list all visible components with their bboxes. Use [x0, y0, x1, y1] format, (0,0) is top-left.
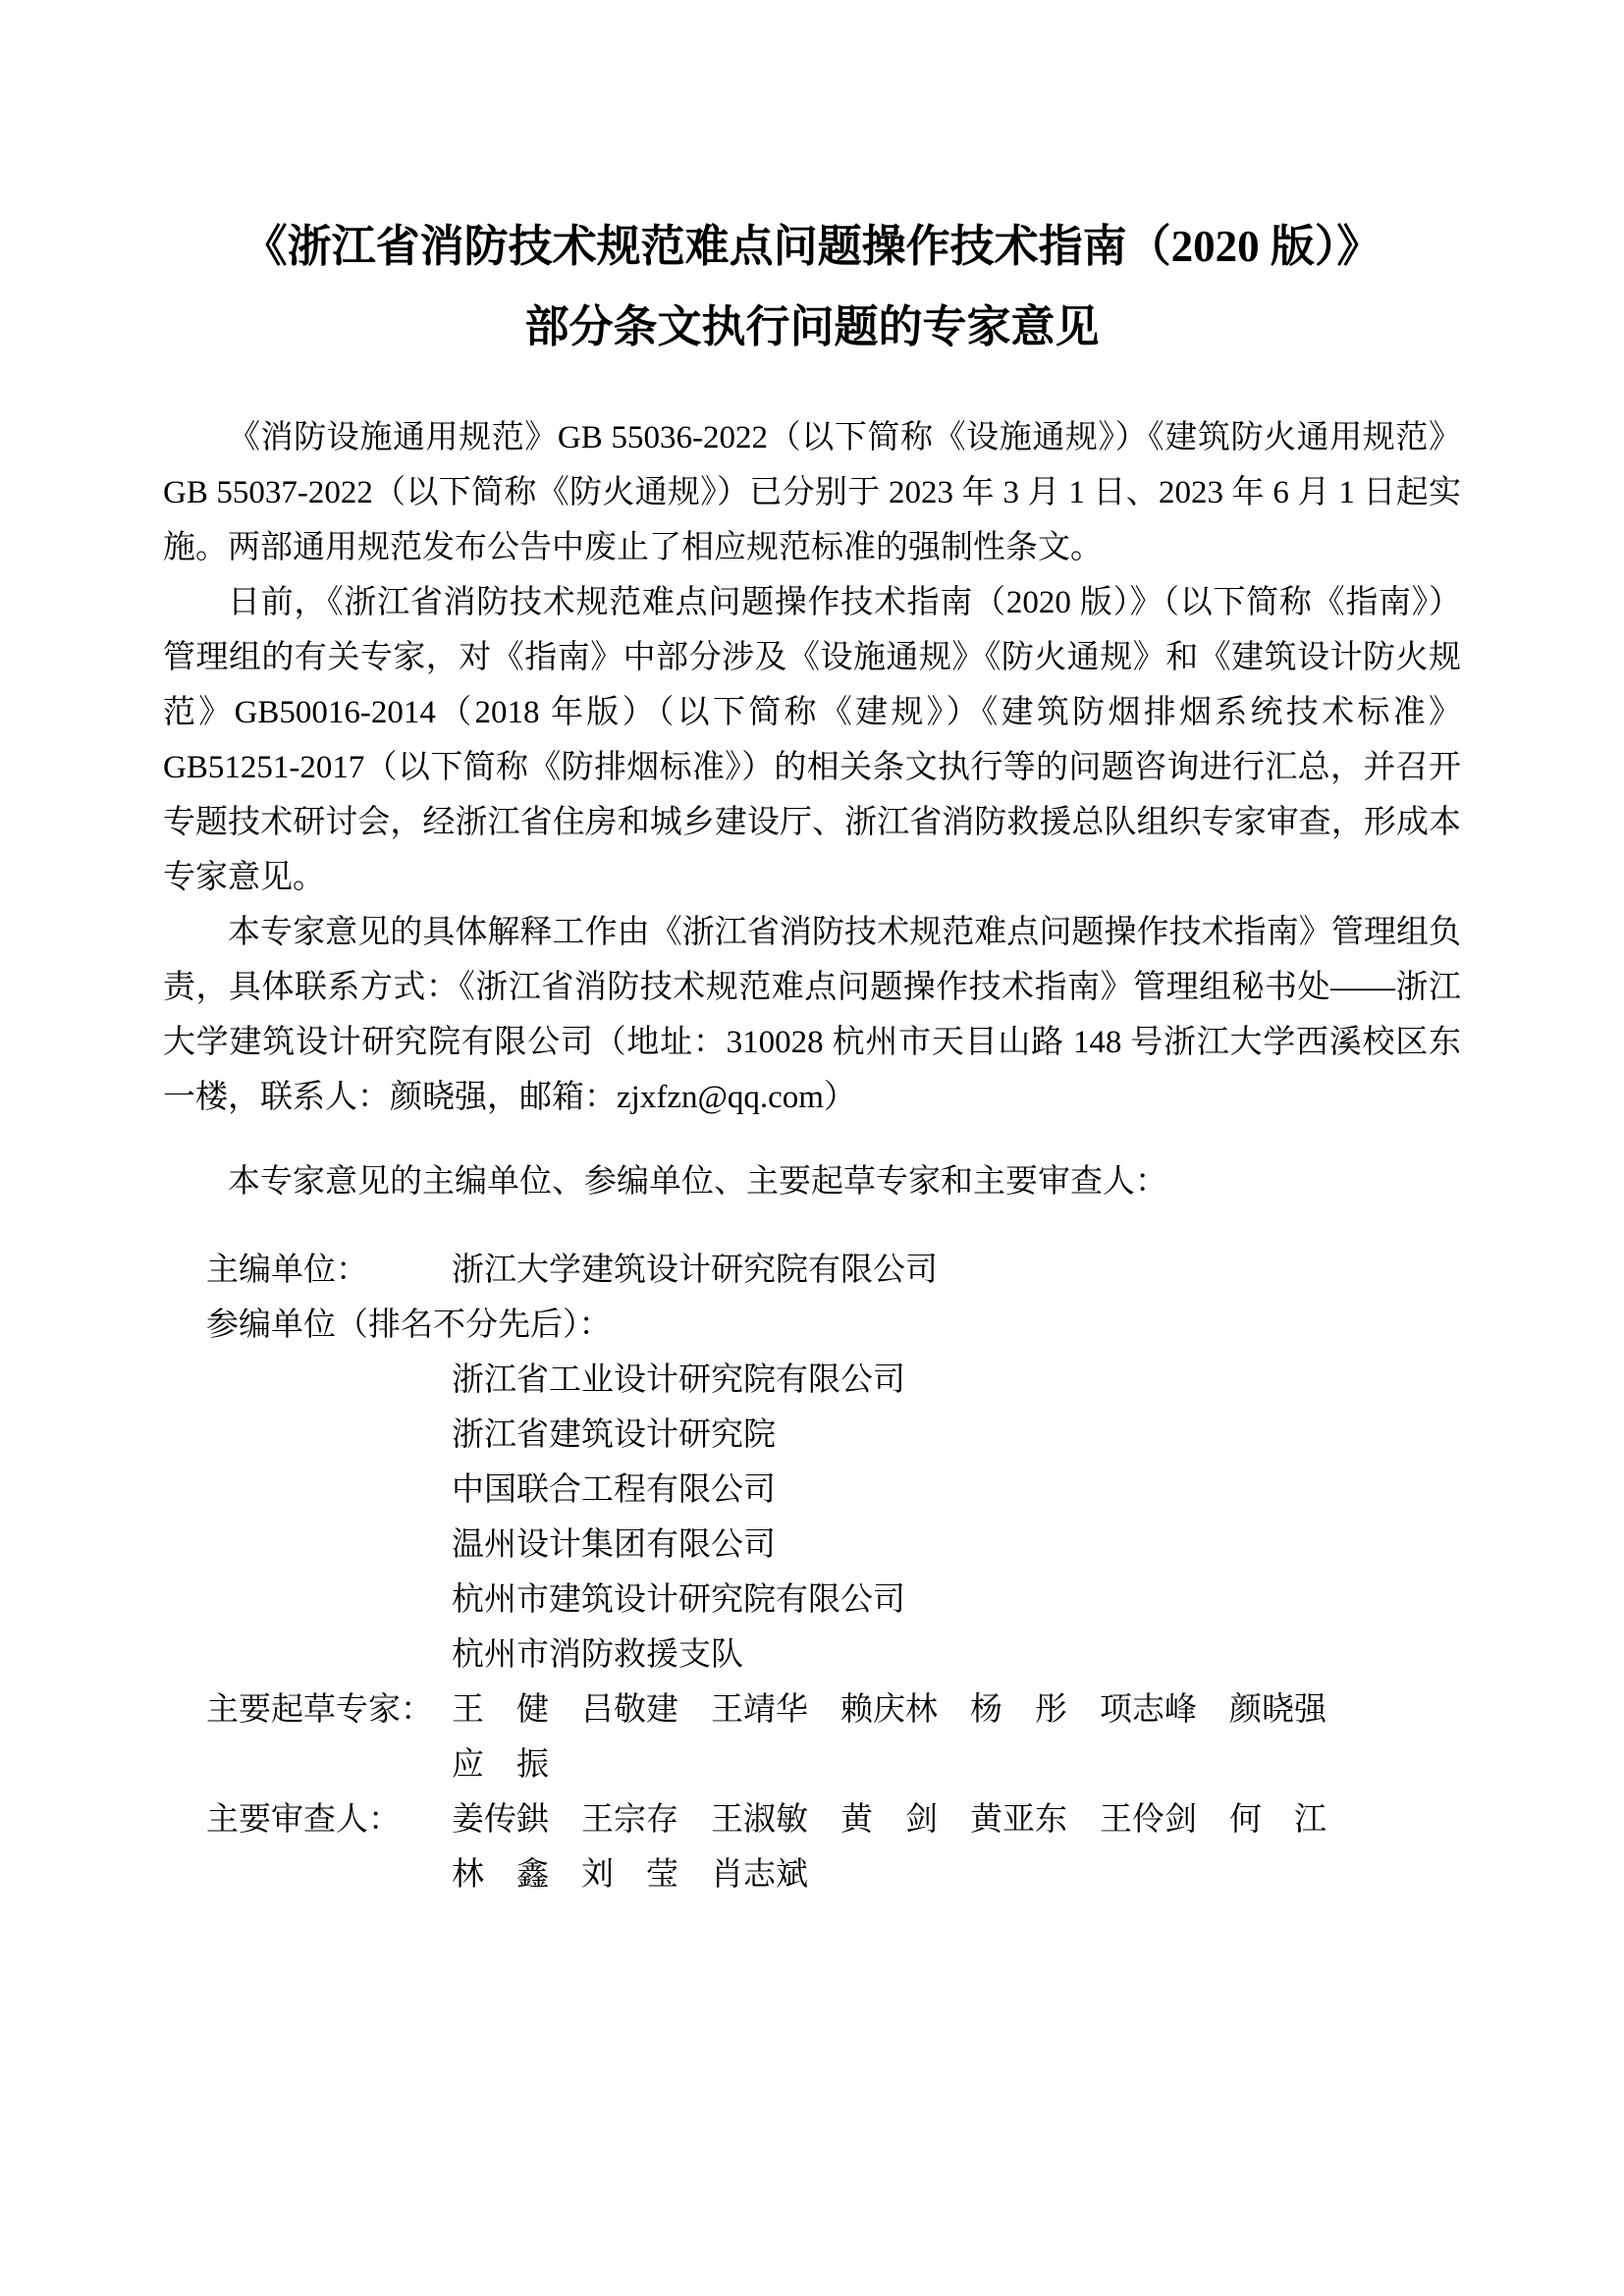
title-line-2: 部分条文执行问题的专家意见	[0, 287, 1624, 367]
chief-editor-value: 浙江大学建筑设计研究院有限公司	[452, 1243, 938, 1298]
co-editor-row: 浙江省工业设计研究院有限公司	[206, 1353, 1461, 1408]
chief-editor-row: 主编单位： 浙江大学建筑设计研究院有限公司	[206, 1243, 1461, 1298]
reviewers-names-line1: 姜传鉷 王宗存 王淑敏 黄 剑 黄亚东 王伶剑 何 江	[452, 1792, 1326, 1847]
reviewers-row: 主要审查人： 姜传鉷 王宗存 王淑敏 黄 剑 黄亚东 王伶剑 何 江	[206, 1792, 1461, 1847]
document-page: 《浙江省消防技术规范难点问题操作技术指南（2020 版）》 部分条文执行问题的专…	[0, 0, 1624, 2296]
chief-editor-label: 主编单位：	[206, 1243, 452, 1298]
co-editor-row: 中国联合工程有限公司	[206, 1463, 1461, 1518]
co-editor-org: 温州设计集团有限公司	[452, 1518, 776, 1573]
document-body: 《消防设施通用规范》GB 55036-2022（以下简称《设施通规》）《建筑防火…	[163, 410, 1461, 1902]
co-editor-row: 温州设计集团有限公司	[206, 1518, 1461, 1573]
paragraph-contact-info: 本专家意见的具体解释工作由《浙江省消防技术规范难点问题操作技术指南》管理组负责，…	[163, 905, 1461, 1125]
co-editor-org: 杭州市消防救援支队	[452, 1628, 743, 1682]
co-editor-label: 参编单位（排名不分先后）：	[206, 1298, 612, 1353]
co-editor-row: 杭州市建筑设计研究院有限公司	[206, 1573, 1461, 1628]
drafters-row-continued: 应 振	[206, 1737, 1461, 1792]
paragraph-intro-regulations: 《消防设施通用规范》GB 55036-2022（以下简称《设施通规》）《建筑防火…	[163, 410, 1461, 575]
reviewers-row-continued: 林 鑫 刘 莹 肖志斌	[206, 1847, 1461, 1902]
credits-block: 主编单位： 浙江大学建筑设计研究院有限公司 参编单位（排名不分先后）： 浙江省工…	[206, 1243, 1461, 1902]
co-editor-row: 杭州市消防救援支队	[206, 1628, 1461, 1682]
co-editor-row: 浙江省建筑设计研究院	[206, 1408, 1461, 1463]
document-title: 《浙江省消防技术规范难点问题操作技术指南（2020 版）》 部分条文执行问题的专…	[0, 0, 1624, 367]
co-editor-org: 杭州市建筑设计研究院有限公司	[452, 1573, 905, 1628]
paragraph-credits-intro: 本专家意见的主编单位、参编单位、主要起草专家和主要审查人：	[163, 1154, 1461, 1209]
drafters-names-line2: 应 振	[452, 1737, 549, 1792]
drafters-row: 主要起草专家： 王 健 吕敬建 王靖华 赖庆林 杨 彤 项志峰 颜晓强	[206, 1682, 1461, 1737]
co-editor-org: 浙江省建筑设计研究院	[452, 1408, 776, 1463]
co-editor-org: 中国联合工程有限公司	[452, 1463, 776, 1518]
paragraph-guide-review: 日前，《浙江省消防技术规范难点问题操作技术指南（2020 版）》（以下简称《指南…	[163, 575, 1461, 905]
reviewers-label: 主要审查人：	[206, 1792, 452, 1847]
title-line-1: 《浙江省消防技术规范难点问题操作技术指南（2020 版）》	[0, 206, 1624, 287]
drafters-label: 主要起草专家：	[206, 1682, 452, 1737]
co-editor-label-row: 参编单位（排名不分先后）：	[206, 1298, 1461, 1353]
drafters-names-line1: 王 健 吕敬建 王靖华 赖庆林 杨 彤 项志峰 颜晓强	[452, 1682, 1326, 1737]
co-editor-org: 浙江省工业设计研究院有限公司	[452, 1353, 905, 1408]
reviewers-names-line2: 林 鑫 刘 莹 肖志斌	[452, 1847, 808, 1902]
